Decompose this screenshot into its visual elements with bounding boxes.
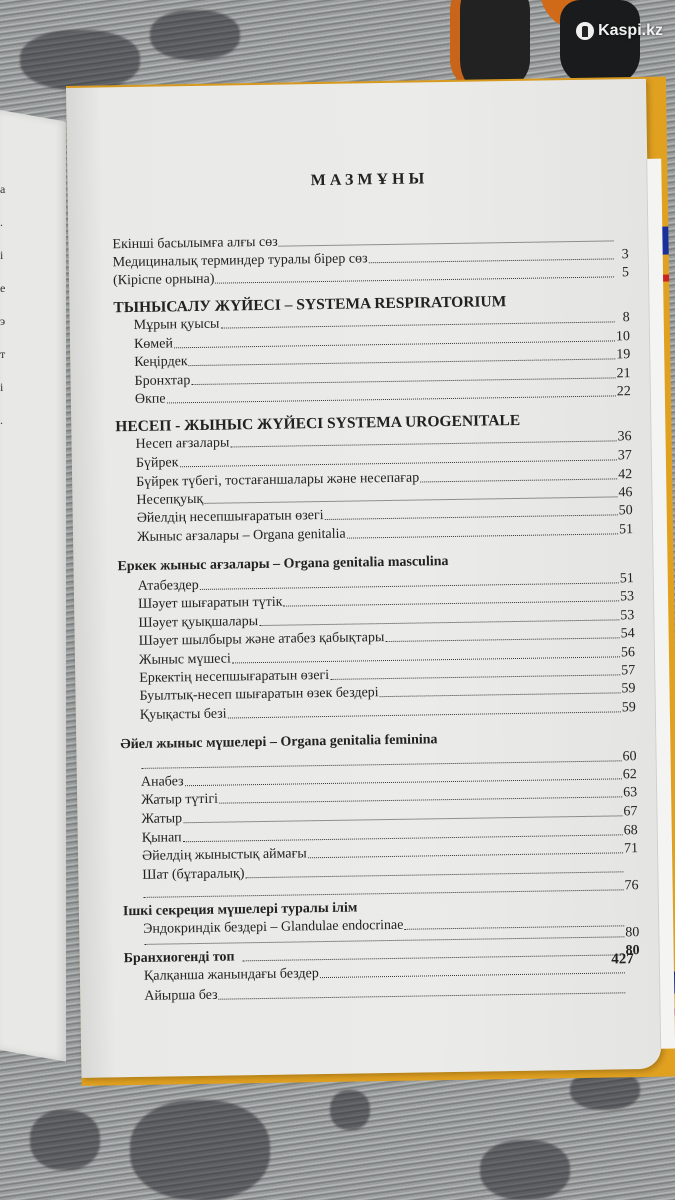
toc-page-number: 63 — [623, 783, 637, 802]
toc-page-number: 46 — [618, 483, 632, 502]
toc-label: Анабез — [141, 772, 184, 792]
toc-label: Бүйрек — [136, 453, 179, 473]
toc-page-number — [626, 979, 640, 998]
left-page-glyph: т — [0, 345, 12, 364]
toc-page-number — [614, 227, 628, 246]
toc-page-number: 42 — [618, 465, 632, 484]
toc-page-number: 80 — [625, 923, 639, 942]
toc-label: Әйелдің жыныстық аймағы — [142, 844, 307, 866]
toc-label: Көмей — [134, 334, 173, 354]
toc-page-number: 59 — [621, 679, 635, 698]
toc-label: Кеңірдек — [134, 352, 188, 372]
toc-label: Мұрын қуысы — [134, 315, 220, 335]
watermark: Kaspi.kz — [576, 22, 663, 40]
toc-label: (Кіріспе орнына) — [113, 270, 215, 291]
left-page-glyph: . — [0, 213, 12, 232]
page-number: 427 — [611, 951, 634, 968]
toc-page-number: 22 — [617, 382, 631, 401]
toc-label: Жатыр — [141, 809, 182, 829]
toc-page-number: 53 — [620, 606, 634, 625]
toc-page-number: 59 — [622, 698, 636, 717]
toc-label: Несеп ағзалары — [135, 433, 229, 453]
toc-page-number: 56 — [621, 643, 635, 662]
left-page-glyph: і — [0, 378, 12, 397]
toc-page-number: 51 — [619, 520, 633, 539]
toc-page-number: 5 — [615, 263, 629, 282]
toc-page-number: 50 — [619, 501, 633, 520]
left-page-text: а.іеэті. — [0, 180, 12, 444]
toc-page-number: 21 — [616, 364, 630, 383]
toc-label: Қалқанша жанындағы бездер — [144, 964, 319, 986]
toc-label: Жатыр түтігі — [141, 790, 218, 810]
toc-label: Айырша без — [144, 986, 218, 1006]
toc-page-number: 57 — [621, 661, 635, 680]
toc-page-number: 67 — [623, 802, 637, 821]
dot-leader — [347, 520, 619, 538]
toc-page-number — [624, 858, 638, 877]
toc-page-number: 68 — [624, 821, 638, 840]
toc-label: Бронхтар — [134, 371, 190, 391]
left-page-glyph: . — [0, 411, 12, 430]
toc-page-number: 62 — [623, 765, 637, 784]
toc-page-number: 10 — [616, 327, 630, 346]
page-title: МАЗМҰНЫ — [111, 167, 627, 193]
dot-leader — [379, 679, 620, 697]
toc-page-number: 71 — [624, 839, 638, 858]
dot-leader — [368, 245, 613, 263]
kaspi-logo-icon — [576, 22, 594, 40]
toc-page-number: 53 — [620, 587, 634, 606]
left-page-glyph: а — [0, 180, 12, 199]
toc-label: Өкпе — [135, 389, 166, 408]
toc-page-number: 3 — [615, 245, 629, 264]
toc-page-number: 54 — [620, 624, 634, 643]
toc-page-number: 19 — [616, 345, 630, 364]
toc-page-number: 51 — [620, 569, 634, 588]
toc-page-number: 60 — [622, 747, 636, 766]
toc-page-number: 36 — [617, 427, 631, 446]
toc-page-number: 37 — [618, 446, 632, 465]
toc-page-number: 76 — [624, 876, 638, 895]
watermark-text: Kaspi.kz — [598, 22, 663, 40]
left-page-glyph: э — [0, 312, 12, 331]
dot-leader — [385, 624, 620, 642]
book-page: МАЗМҰНЫ Екінші басылымға алғы сөзМедицин… — [66, 79, 661, 1078]
left-page-glyph: і — [0, 246, 12, 265]
toc-label: Жыныс ағзалары – Organa genitalia — [137, 525, 346, 547]
toc-label: Атабездер — [138, 576, 199, 596]
dot-leader — [420, 465, 617, 482]
left-page-glyph: е — [0, 279, 12, 298]
toc-page-number: 8 — [616, 308, 630, 327]
dot-leader — [279, 227, 614, 246]
toc-label: Шәует шығаратын түтік — [138, 593, 283, 614]
toc-label: Қуықасты безі — [140, 705, 227, 725]
toc-label: Несепқуық — [136, 490, 203, 510]
toc-label: Қынап — [142, 828, 182, 848]
